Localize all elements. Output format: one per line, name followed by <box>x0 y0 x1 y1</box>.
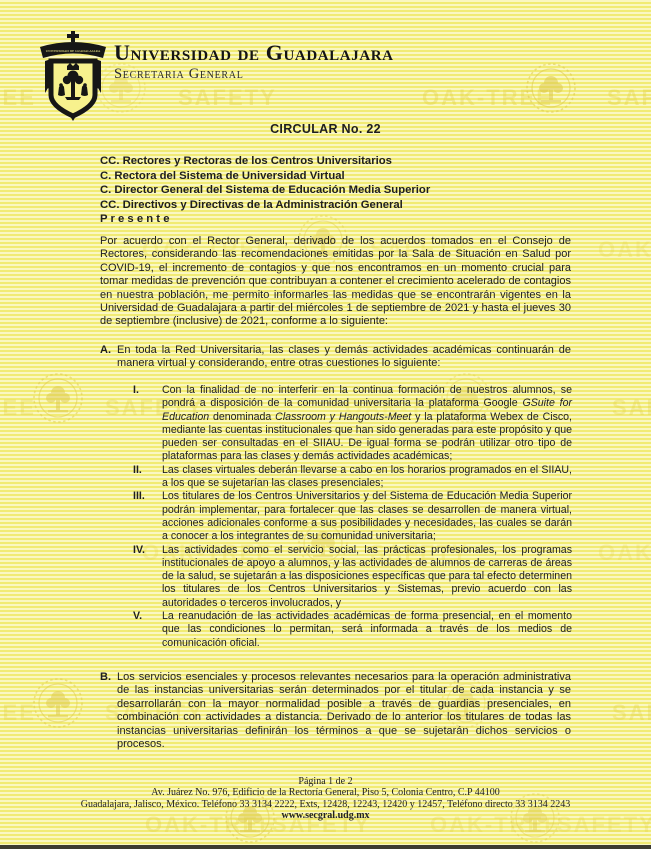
watermark-word: OAK-TREE <box>0 395 36 421</box>
footer-block: Página 1 de 2 Av. Juárez No. 976, Edific… <box>0 776 651 821</box>
oak-tree-emblem-watermark <box>525 62 577 119</box>
watermark-word: SAFETY <box>612 395 651 421</box>
watermark-word: SAFETY <box>178 85 277 111</box>
section-a-text: En toda la Red Universitaria, las clases… <box>117 344 571 371</box>
list-item-label: V. <box>133 610 162 650</box>
footer-website: www.secgral.udg.mx <box>0 810 651 821</box>
roman-numeral-list: I. Con la finalidad de no interferir en … <box>133 384 572 650</box>
university-crest-logo: UNIVERSIDAD DE GUADALAJARA <box>37 31 109 121</box>
intro-paragraph: Por acuerdo con el Rector General, deriv… <box>100 235 571 329</box>
list-item: III. Los titulares de los Centros Univer… <box>133 490 572 543</box>
recipient-line: CC. Rectores y Rectoras de los Centros U… <box>100 154 580 169</box>
footer-address-line2: Guadalajara, Jalisco, México. Teléfono 3… <box>0 799 651 810</box>
oak-tree-emblem-watermark <box>32 372 84 429</box>
list-item-text: Con la finalidad de no interferir en la … <box>162 384 572 464</box>
list-item-label: I. <box>133 384 162 464</box>
section-b-label: B. <box>100 671 117 751</box>
section-a-label: A. <box>100 344 117 371</box>
list-item: I. Con la finalidad de no interferir en … <box>133 384 572 464</box>
scan-edge <box>0 845 651 849</box>
section-b: B. Los servicios esenciales y procesos r… <box>100 671 571 751</box>
svg-text:UNIVERSIDAD DE GUADALAJARA: UNIVERSIDAD DE GUADALAJARA <box>46 49 101 53</box>
page-indicator: Página 1 de 2 <box>0 776 651 787</box>
list-item: IV. Las actividades como el servicio soc… <box>133 544 572 610</box>
salutation-line: P r e s e n t e <box>100 212 580 227</box>
scanned-document-page: OAK-TREESAFETYOAK-TREESAFETYOAK-TREESAFE… <box>0 0 651 849</box>
watermark-word: SAFETY <box>612 700 651 726</box>
watermark-word: OAK-TREE <box>598 237 651 263</box>
list-item-label: IV. <box>133 544 162 610</box>
recipient-line: CC. Directivos y Directivas de la Admini… <box>100 198 580 213</box>
university-name: Universidad de Guadalajara <box>114 41 394 65</box>
list-item-text: Los titulares de los Centros Universitar… <box>162 490 572 543</box>
watermark-word: OAK-TREE <box>422 85 553 111</box>
oak-tree-emblem-watermark <box>32 677 84 734</box>
circular-title: CIRCULAR No. 22 <box>0 122 651 136</box>
section-b-text: Los servicios esenciales y procesos rele… <box>117 671 571 751</box>
recipient-block: CC. Rectores y Rectoras de los Centros U… <box>100 154 580 227</box>
list-item-label: III. <box>133 490 162 543</box>
list-item-text: Las actividades como el servicio social,… <box>162 544 572 610</box>
watermark-word: OAK-TREE <box>0 85 36 111</box>
watermark-word: OAK-TREE <box>598 540 651 566</box>
recipient-line: C. Director General del Sistema de Educa… <box>100 183 580 198</box>
footer-address-line1: Av. Juárez No. 976, Edificio de la Recto… <box>0 787 651 798</box>
list-item: II. Las clases virtuales deberán llevars… <box>133 464 572 491</box>
list-item-text: Las clases virtuales deberán llevarse a … <box>162 464 572 491</box>
department-name: Secretaria General <box>114 66 394 83</box>
recipient-line: C. Rectora del Sistema de Universidad Vi… <box>100 169 580 184</box>
list-item-label: II. <box>133 464 162 491</box>
list-item: V. La reanudación de las actividades aca… <box>133 610 572 650</box>
watermark-word: SAFETY <box>607 85 651 111</box>
letterhead: Universidad de Guadalajara Secretaria Ge… <box>114 41 394 83</box>
section-a: A. En toda la Red Universitaria, las cla… <box>100 344 571 371</box>
watermark-word: OAK-TREE <box>0 700 36 726</box>
list-item-text: La reanudación de las actividades académ… <box>162 610 572 650</box>
